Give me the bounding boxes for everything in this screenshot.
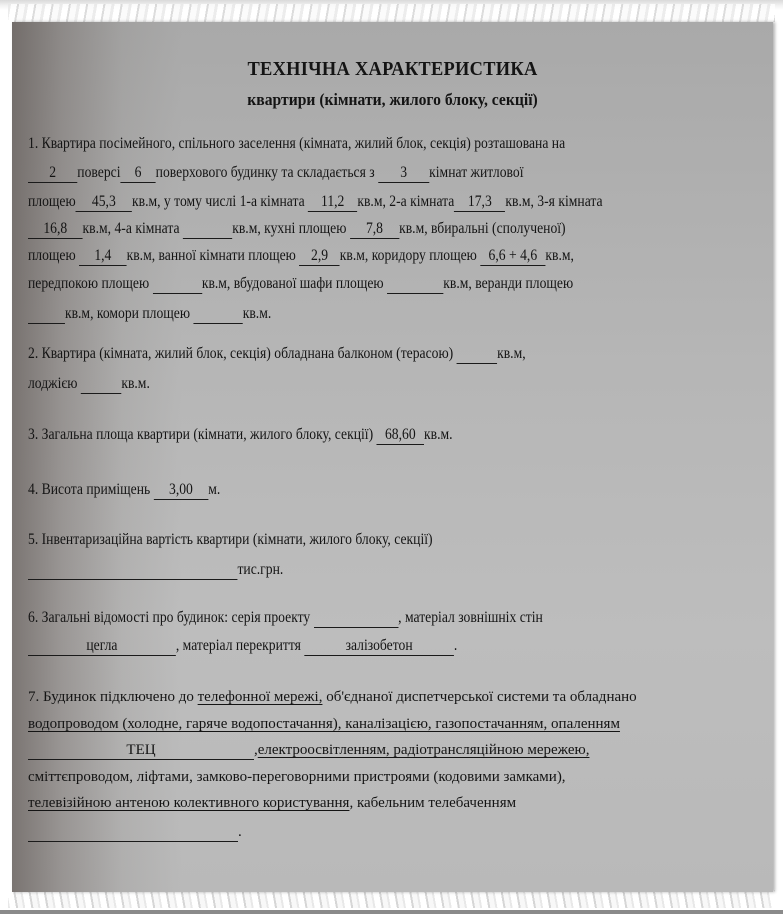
section2-line2: лоджією кв.м. [28, 374, 150, 394]
wall-material-field: цегла [28, 637, 176, 656]
section6-line2: цегла, матеріал перекриття залізобетон. [28, 636, 457, 656]
closet-field [387, 275, 443, 294]
document-page: ТЕХНІЧНА ХАРАКТЕРИСТИКА квартири (кімнат… [12, 22, 773, 892]
floor-field: 2 [28, 164, 77, 183]
section1-line1: 1. Квартира посімейного, спільного засел… [28, 134, 565, 154]
section7-line6: . [28, 822, 242, 842]
section4-line: 4. Висота приміщень 3,00м. [28, 480, 220, 500]
section2-line1: 2. Квартира (кімната, жилий блок, секція… [28, 344, 526, 364]
hall-field [153, 275, 202, 294]
section7-line5: телевізійною антеною колективного корист… [28, 793, 516, 813]
storeys-field: 6 [120, 164, 155, 183]
section7-line2: водопроводом (холодне, гаряче водопостач… [28, 714, 620, 734]
section7-line4: сміттєпроводом, ліфтами, замково-перегов… [28, 767, 566, 787]
torn-edge-bottom [8, 890, 775, 908]
document-title: ТЕХНІЧНА ХАРАКТЕРИСТИКА [42, 58, 742, 81]
storage-field [193, 305, 242, 324]
section1-line5: площею 1,4кв.м, ванної кімнати площею 2,… [28, 246, 574, 266]
rooms-field: 3 [378, 164, 429, 183]
room4-field [183, 220, 232, 239]
inventory-value-field [28, 561, 237, 580]
loggia-field [81, 375, 121, 394]
document-subtitle: квартири (кімнати, жилого блоку, секції) [42, 90, 742, 110]
kitchen-field: 7,8 [350, 220, 399, 239]
section1-line6: передпокою площею кв.м, вбудованої шафи … [28, 274, 573, 294]
section6-line1: 6. Загальні відомості про будинок: серія… [28, 608, 543, 628]
section1-line3: площею45,3кв.м, у тому числі 1-а кімната… [28, 192, 603, 212]
bath-field: 2,9 [299, 247, 339, 266]
floor-material-field: залізобетон [304, 637, 454, 656]
corridor-field: 6,6 + 4,6 [480, 247, 545, 266]
section7-line3: ТЕЦ,електроосвітленням, радіотрансляційн… [28, 740, 589, 760]
section5-line2: тис.грн. [28, 560, 283, 580]
section5-line1: 5. Інвентаризаційна вартість квартири (к… [28, 530, 433, 550]
height-field: 3,00 [154, 481, 209, 500]
section1-line7: кв.м, комори площею кв.м. [28, 304, 271, 324]
wc-field: 1,4 [79, 247, 127, 266]
room1-field: 11,2 [308, 193, 357, 212]
room3-field: 16,8 [28, 220, 83, 239]
heating-source-field: ТЕЦ [28, 741, 254, 760]
room2-field: 17,3 [454, 193, 505, 212]
veranda-field [28, 305, 65, 324]
frame-bottom-border [0, 910, 783, 914]
other-services-field [28, 823, 238, 842]
torn-edge-top [8, 4, 775, 22]
photo-frame: ТЕХНІЧНА ХАРАКТЕРИСТИКА квартири (кімнат… [0, 0, 783, 914]
balcony-field [457, 345, 497, 364]
section3-line: 3. Загальна площа квартири (кімнати, жил… [28, 425, 453, 445]
section1-line2: 2поверсі6поверхового будинку та складаєт… [28, 163, 523, 183]
total-area-field: 68,60 [377, 426, 425, 445]
living-area-field: 45,3 [76, 193, 132, 212]
section7-line1: 7. Будинок підключено до телефонної мере… [28, 687, 637, 707]
project-series-field [314, 609, 398, 628]
section1-line4: 16,8кв.м, 4-а кімната кв.м, кухні площею… [28, 219, 566, 239]
